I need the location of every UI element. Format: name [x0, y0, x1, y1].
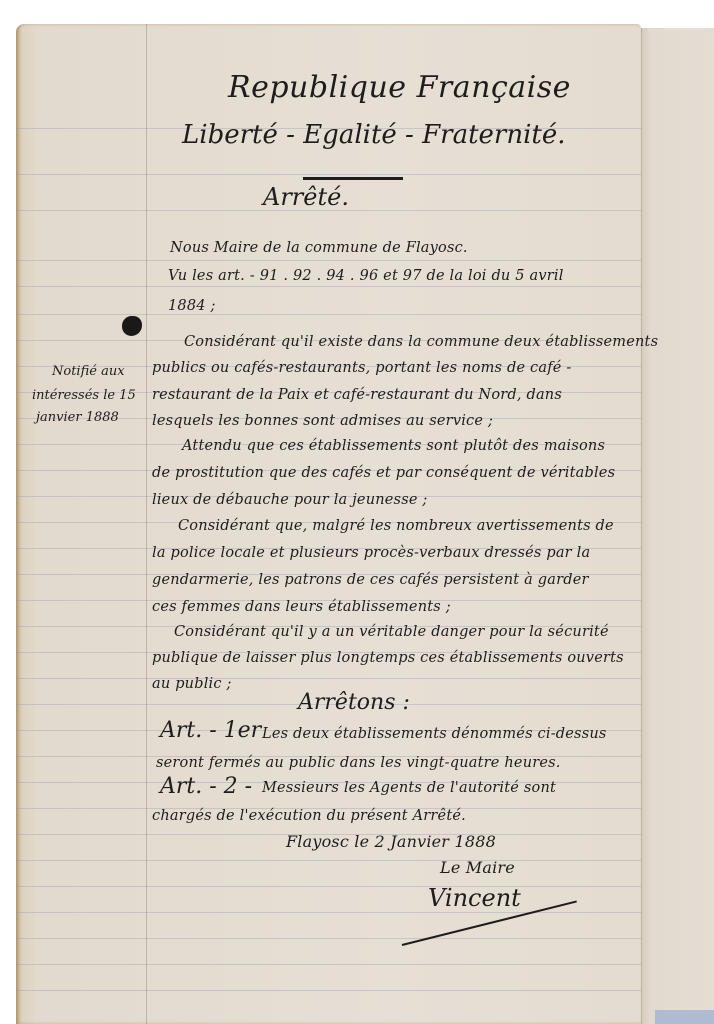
document-motto: Liberté - Egalité - Fraternité. — [182, 120, 566, 150]
ruled-line — [16, 260, 641, 261]
ruled-line — [16, 990, 641, 991]
ruled-line — [16, 286, 641, 287]
body-line: ces femmes dans leurs établissements ; — [152, 599, 451, 615]
article-label: Art. - 2 - — [160, 774, 252, 799]
decision-heading: Arrêtons : — [298, 690, 410, 715]
body-line: gendarmerie, les patrons de ces cafés pe… — [152, 572, 589, 588]
body-line: 1884 ; — [168, 298, 216, 314]
body-line: lesquels les bonnes sont admises au serv… — [152, 413, 493, 429]
article-line: chargés de l'exécution du présent Arrêté… — [152, 808, 466, 824]
body-line: au public ; — [152, 676, 232, 692]
article-label: Art. - 1er — [160, 718, 261, 743]
ruled-line — [16, 174, 641, 175]
margin-note-line: Notifié aux — [52, 364, 125, 379]
ruled-line — [16, 938, 641, 939]
body-line: lieux de débauche pour la jeunesse ; — [152, 492, 428, 508]
document-title: Republique Française — [228, 70, 571, 105]
body-line: Considérant qu'il y a un véritable dange… — [174, 624, 609, 640]
document-heading: Arrêté. — [263, 183, 349, 211]
article-line: seront fermés au public dans les vingt-q… — [156, 755, 561, 771]
body-line: Considérant qu'il existe dans la commune… — [184, 334, 658, 350]
ruled-line — [16, 964, 641, 965]
body-line: de prostitution que des cafés et par con… — [152, 465, 615, 481]
body-line: Attendu que ces établissements sont plut… — [182, 438, 605, 454]
article-line: Messieurs les Agents de l'autorité sont — [262, 780, 556, 796]
place-date: Flayosc le 2 Janvier 1888 — [286, 832, 496, 851]
body-line: Vu les art. - 91 . 92 . 94 . 96 et 97 de… — [168, 268, 564, 284]
margin-note-line: janvier 1888 — [36, 410, 119, 425]
ruled-line — [16, 678, 641, 679]
ruled-line — [16, 860, 641, 861]
ruled-line — [16, 314, 641, 315]
ruled-line — [16, 912, 641, 913]
body-line: Nous Maire de la commune de Flayosc. — [170, 240, 468, 256]
body-line: Considérant que, malgré les nombreux ave… — [178, 518, 614, 534]
facing-page — [641, 28, 714, 1024]
margin-note-line: intéressés le 15 — [32, 388, 136, 403]
article-line: Les deux établissements dénommés ci-dess… — [262, 726, 607, 742]
body-line: la police locale et plusieurs procès-ver… — [152, 545, 590, 561]
signature: Vincent — [428, 884, 521, 912]
heading-rule — [303, 177, 403, 180]
signer-role: Le Maire — [440, 858, 515, 877]
background-surface — [655, 1010, 714, 1024]
body-line: publics ou cafés-restaurants, portant le… — [152, 360, 571, 376]
body-line: publique de laisser plus longtemps ces é… — [152, 650, 624, 666]
body-line: restaurant de la Paix et café-restaurant… — [152, 387, 562, 403]
ruled-line — [16, 886, 641, 887]
